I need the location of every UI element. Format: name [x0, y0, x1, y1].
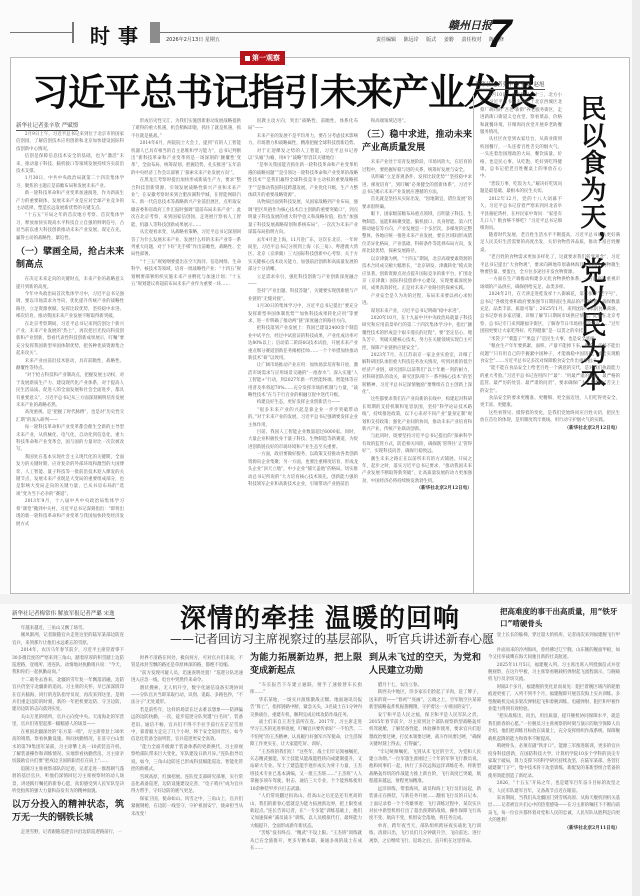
paragraph: 从物质层面到科技发展，从国家战略到产业布局，强调“把区块链作为核心技术自主创新的…	[248, 199, 358, 236]
page-edge	[632, 0, 640, 896]
paragraph: 1月30日，中共中央政治局就第二十四次集体学习，聚焦的主题正是前瞻布局和发展未来…	[16, 175, 124, 190]
paragraph: 眼下，国家级前瞻布局重点领域，点明量子科技、生物制造、氢能和核聚变能、脑机接口、…	[362, 211, 472, 255]
paragraph: 对于正迎爆发之势的人工智能，习近平总书记曾以“头雁”为喻，用4个“战略”形容其关…	[248, 148, 358, 163]
paragraph: “对于抢占科技和产业制高点，把握发展主动权，对于发展新质生产力、建设现代化产业体…	[16, 372, 124, 409]
paragraph: 腊月十七，农历立春。	[369, 682, 481, 689]
bottom-column-2: 时界不清路在何处，极向何方，可对官兵们来说，不管是冰封雪飘的路还是草原林深的路，…	[131, 655, 243, 890]
paragraph: 时隔3个多月，福建舰的变化显而易见：阻拦着舰区域内的轮胎痕迹更密了，入列不到半个…	[488, 684, 620, 714]
paragraph: 1月30日的集体学习中，习近平总书记提出“要充分发挥新型举国体制优势”“加快科技…	[248, 303, 358, 325]
paragraph: 扑面而来的冷冽海风，曾经拂过辽宁舰、山东舰的舰面甲板，如今又托举战鹰在海天间驰目…	[488, 647, 620, 662]
top-column-3: 因教主攻方向，突出“战略性、前瞻性、体系化布局”—— 未来产业的发展不是平均用力…	[248, 118, 358, 588]
paragraph: 在祖国北疆深处的“东方第一哨”，习主席曾登上30米高的哨塔，察看执勤设施。询问执…	[12, 729, 124, 766]
bottom-subheadline: ——记者回访习主席视察过的基层部队，听官兵讲述新春心愿	[170, 630, 494, 647]
proofread-label: 责任校对	[461, 37, 481, 43]
paragraph: 潮生未来之路正在以前所未有的方式铺展。开局之年，起步之时，落实习近平总书记要求，…	[362, 456, 472, 486]
paragraph: 2024年2月，在天津走进桂发祥十八街麻花，第仁张等“老字号”，总书记“各级党委…	[480, 291, 620, 335]
paragraph: 让广阔市场推动产业应用：加快场景培育和开放，激活市场需求与应用场景交融的“一池春…	[248, 362, 358, 399]
paragraph: 以京津冀为例，“十四五”期间，北京高端要素资源的技术合同成交额大幅增长，“北京研…	[362, 256, 472, 293]
dateline: （新华社北京2月11日电）	[488, 825, 620, 832]
paragraph: 一方面在生产端推动构建多元化食物供给体系，一方面高度重视市场端的产品供应，确保供…	[480, 276, 620, 291]
paragraph: 2月10日，农历腊月二十三，北方小年。习近平总书记来到位于北京西城区北蔡厂胡同的…	[480, 92, 562, 136]
paragraph: 每一轮科技革命和产业变革都会催生全新的主导型未来产业，从机械化、电气化、自动化到…	[16, 424, 124, 454]
paragraph: “把实战练出，问出，用出质量，提升舰机协同保障水平，就是我们新春的心愿。”一位舰…	[488, 713, 620, 743]
paragraph: 未来产业的发展不是平均用力，要在分考虑技术影响力、市场潜力和战略属性，精准把握全…	[248, 133, 358, 148]
paragraph: 与此同时，既要坚持习近平总书记提出的“探索科学有效的监管方式，防范相关风险，确保…	[362, 433, 472, 455]
side-byline: 新华社记者张辛欣 张研 赵旭	[475, 80, 545, 90]
paragraph: 2020年10月，在十九届中共中央政治局就量子科技研究和应用前景举行的第二十四次…	[362, 315, 472, 352]
paragraph: 信创是保障信息技术安全的基础，也为“激活”未来，推动量子科技、脑机接口等领域发展…	[16, 153, 124, 175]
paragraph: 食品安全的要求更精准、更精细、更全面迈进，人们吃得更安全、更丰富、更健康。	[480, 395, 620, 410]
paragraph: 从宏观看求变，从战略看策略，习近平总书记深刻回答了为什么发展未来产业、发展什么样…	[131, 229, 241, 259]
paragraph: 高度重视，是“把握了时代脉搏”，也是对“历史性交汇期”的深入研判——	[16, 409, 124, 424]
section-subheading: 以万分投入的精神状态，筑万无一失的钢铁长城	[12, 799, 124, 825]
paragraph: 啃硬骨头，必须有副“铁牙口”。能源三军推进联训，更多的官兵投身科技创新，在国防科…	[488, 743, 620, 780]
paragraph: 2014年，农历马年春节前夕，习近平主席冒着零下30多摄氏度的严寒来到三角山，踏…	[12, 647, 124, 677]
paragraph: 今年中央政治局首次集体学习中，习近平总书记强调，要以市场需求为导向，优化提升传统…	[16, 291, 124, 321]
section-subheading: （一）擘画全局，抢占未来制高点	[16, 246, 124, 272]
top-byline: 新华社记者张辛欣 严赋憬	[16, 121, 78, 131]
kicker-badge: 第一观察	[240, 51, 285, 65]
paragraph: 采访期间，当我们从北疆国门到雪域高原、从海天舰机到机关基层……记者被官兵们心中的…	[488, 795, 620, 825]
paragraph: 2023年7月，在江苏南京一家企业实验室，详细了解科研团队承担重大科技任务攻关情…	[362, 352, 472, 396]
paragraph: 年越来越近，三角山又飘了场雪。	[12, 625, 124, 632]
paragraph: 2025年11月5日，福建舰入列。习主席出席入列授旗仪式并登舰视察，在这片甲板，…	[488, 662, 620, 684]
paragraph: 保家卫国，使命如山。风雪之中，三角山上，官兵们紧握钢枪，在边防一线坚守，守护祖国…	[131, 796, 243, 818]
paragraph: 关山万里的哨所，官兵心向党中央。天南海北的军营里，官兵们寄望起那一幅幅感人的场景…	[12, 714, 124, 729]
paragraph: “牢记统帅嘱托，飞到从未飞过的空天，为党和人民建立功勋。”一位军旅生涯刚过三十年…	[369, 749, 481, 786]
editor-credits: 责任编辑 陈远岸 版式 姜磐 责任校对 陈建修	[370, 36, 504, 43]
paragraph: 从社区食堂到农家灶台，从商业街到校园餐厅，一头连着百姓舌尖的烟火气，一头连着治国…	[480, 136, 562, 180]
paragraph: 产业安全是久为功的过程，布局未来要以初心求恒进。	[362, 293, 472, 308]
section-subheading: （三）稳中求进，推动未来产业高质量发展	[362, 129, 472, 155]
masthead-gray-block	[150, 22, 160, 43]
layout-name: 姜磐	[444, 37, 454, 43]
paragraph: 随着时代发展，老百姓生活水平不断提高，习近平总书记从更好满足人民美好生活需要的高…	[480, 232, 620, 254]
section-subheading: 为能力拓展新边界，把上限变成新起点	[250, 652, 362, 678]
paragraph: 潜伏搜索，无人机升空，数字化通信设备实现协同——分队官兵当即采取行动，识别、追踪…	[131, 685, 243, 707]
issue-date: 2026年2月13日 星期五	[166, 36, 220, 43]
paragraph: 新一轮科技革命和产业变革加速演进，作为新质生产力的重要载体，发展未来产业是应对全…	[16, 190, 124, 212]
paragraph: “很多未来产业的兴起是靠企业一步步突破带动的。”对于未来产业的发展，习近平总书记…	[248, 407, 358, 429]
paragraph: 形成历史性交汇，为我们实施创新驱动发展战略提供了难得的重大机遇，机会稍纵即逝，抓…	[131, 118, 241, 140]
column-divider	[473, 95, 474, 595]
paragraph: 陕西关中地区，洋多家长们捡起了羊肉，赶了牌子，送来的窝——“春鸡”“亮画”，云端…	[369, 689, 481, 711]
paragraph: “您饺万事，吃饭为大。”解决好吃饭问题是最基础、最根本的民生关切。	[480, 181, 562, 196]
paragraph: 一方面，政府要做好服务，以政策支持推动各类创新资源向企业集聚；另一方面，也要注重…	[248, 451, 358, 488]
top-column-4: 和高端领域迈进”。 （三）稳中求进，推动未来产业高质量发展 未来产业处于培育发展…	[362, 118, 472, 588]
masthead-rule	[10, 32, 72, 33]
paragraph: 远洋训练，带着海风，战员和海上飞行员们站起，新装备正在换装，与新任务开展……翻看…	[369, 786, 481, 823]
top-column-2: 形成历史性交汇，为我们实施创新驱动发展战略提供了难得的重大机遇，机会稍纵即逝，抓…	[131, 118, 241, 588]
paragraph: 在决定未来走向的关键时点，未来产业的战略意义提升到新的高度。	[16, 276, 124, 291]
bottom-column-1: 年越来越近，三角山又飘了场雪。 刚风渐冽，记者跟随官兵走进这里的陆军某部边防连官…	[12, 625, 124, 890]
page-number: 7	[486, 14, 512, 54]
paragraph: “粮食生产年年要抓紧，面积、产量不能掉下来，供给、市场不能出问题”“只有用自己的…	[480, 343, 620, 365]
layout-label: 版式	[426, 37, 436, 43]
paragraph: 单宵，跨年夜当天，部队组织跨昼夜实战化飞行训练，清晨日出，飞行员们几分钟就升空，…	[369, 823, 481, 845]
paragraph: 去年4月赴上海，11月赴广东，这次在北京，一年时间里，习近平总书记分别到上海（长…	[248, 237, 358, 274]
editor-name: 陈远岸	[404, 37, 419, 43]
paragraph: 追随习主席视察部队的足迹，记者走进一群群朝气蓬勃的基层官兵，听他们深情回忆习主席…	[12, 766, 124, 796]
top-headline[interactable]: 习近平总书记指引未来产业发展	[32, 74, 536, 111]
paragraph: 登上长长的舷梯，穿过超大的机库，记者再次来到福建舰飞行甲板。	[488, 632, 620, 647]
dateline: （新华社北京2月12日电）	[480, 425, 620, 432]
paragraph: 安宁和平是人民之福，保卫和平是人民军队之责。2015年春节前夕，习主席到这个部队…	[369, 712, 481, 749]
bottom-column-3: 为能力拓展新边界，把上限变成新起点 “车长报告下车建立通联，射手了速接替车长指挥…	[250, 648, 362, 883]
paragraph: 目前，我国人工智能企业数量超过6000家。同时，大量企业积极投身于量子科技、生物…	[248, 429, 358, 451]
paragraph: 雪域高原，红旗招展。连队党支部研究部署，实行常态化战备巡逻，边防设施建设完善，“…	[131, 774, 243, 796]
paragraph: 2026，“十五五”开局之年，也是建军百年奋斗目标的攻坚之年，人民军队建军百年，…	[488, 780, 620, 795]
paragraph: 在北京考察期间，习近平总书记来到信创这个新兴产业、未来产业发展的“热土”，再次把…	[16, 321, 124, 358]
paragraph: “是事关我国能否抓住新一轮科技革命和产业变革机遇的战略问题”“是引领这一轮科技革…	[248, 162, 358, 199]
paragraph: 这些都要求我们在产业向新的长线中，构建起对科研长周期的支持机制和宽容氛围，坚持“…	[362, 396, 472, 433]
paragraph: 刚风渐冽，记者跟随官兵走进这里的陆军某部边防连官兵，来到那片让他们永远难忘的雪原…	[12, 632, 124, 647]
section-subheading: 到从未飞过的空天，为党和人民建立功勋	[369, 652, 481, 678]
paragraph: “人们常说翻过扣高山，但高山之后还是还有更高的山，我们的新春心愿就是为能力拓展新…	[250, 793, 362, 830]
paragraph: 走进雪野，记者跟随巡逻官兵沿边防巡逻路前行，一	[12, 829, 124, 836]
paragraph: 从明确“立足客观条件，发挥比较优势”“坚持稳中求进，梯度培育”，到叮嘱“必须健全…	[362, 174, 472, 196]
paragraph: “老百姓的食物需求更加多样化了，这就要求我们转变观念”，习近平总书记提出“大食物…	[480, 254, 620, 276]
top-column-1: 2月9日上午，习近平总书记来到位于北京市的国家信创园，了解信创技术应用创新和北京…	[16, 131, 124, 561]
paragraph: 未来产业由前沿技术驱动，具有前瞻性、战略性、颠覆性等特点。	[16, 358, 124, 373]
paragraph: 首先就是坚持从实际出发，“因地制宜，错位发展”的要求很明确。	[362, 196, 472, 211]
masthead-rule	[160, 32, 482, 33]
paper-logo: 赣州日报	[448, 17, 492, 33]
paragraph: 2012年12月，党的十八大闭幕不久，习近平总书记冒着严寒来到河北省阜平县骆驼湾…	[480, 196, 562, 232]
paragraph: 谋划未来产业，习近平总书记明确“稳中求进”。	[362, 308, 472, 315]
paragraph: “车长报告下车建立通联，射手了速接替车长指挥……”	[250, 682, 362, 697]
paragraph: 立足需求牵引，强化科技创新与产业创新深度融合——	[248, 274, 358, 289]
paragraph: 构建良好生态，更好发挥企业创新活力——	[248, 399, 358, 406]
paragraph: 2月9日上午，习近平总书记来到位于北京市的国家信创园，了解信创技术应用创新和北京…	[16, 131, 124, 153]
bottom-byline: 新华社记者梅常伟 解放军报记者严璐 宋逸	[12, 609, 115, 619]
paragraph: 华东某地，一场实兵演练激战正酣。地面通讯员报告“阵亡”，指挥链路中断，紧急关头，…	[250, 697, 362, 719]
side-column-top: 2月10日，农历腊月二十三，北方小年。习近平总书记来到位于北京西城区北蔡厂胡同的…	[480, 92, 562, 232]
section-title: 时事	[90, 20, 146, 49]
bottom-right-section-title: 把高难度的事干出高质量，用“铁牙口”啃硬骨头	[500, 606, 624, 630]
paragraph: 在黑龙江考察时提出加快形成新质生产力，要求“整合科技创新资源，引领发展战略性新兴…	[131, 177, 241, 229]
paragraph: 2014年6月，两院院士大会上，提到“有的人工智能机器人已具有相当的自主思维和学…	[131, 140, 241, 177]
bottom-column-5: 登上长长的舷梯，穿过超大的机库，记者再次来到福建舰飞行甲板。 扑面而来的冷冽海风…	[488, 632, 620, 890]
paragraph: 把科技落到产业发展上：我国已建设2400余个制造业中试平台，经过中试验证的科技成…	[248, 325, 358, 362]
side-column-bottom: 随着时代发展，老百姓生活水平不断提高，习近平总书记从更好满足人民美好生活需要的高…	[480, 232, 620, 592]
paragraph: 2013年9月，十八届中共中央政治局集体学习将“课堂”搬到中关村，习近平总书记深…	[16, 498, 124, 528]
paragraph: 未来产业处于培育发展阶段，市场风险大，在培育的过程中，要把握好稳与进的关系，统筹…	[362, 159, 472, 174]
paragraph: “能力全面升级源于装备体系的更新换代，习主席视察给部队带来巨大变化，军队建设日新…	[131, 744, 243, 774]
paragraph: 因教主攻方向，突出“战略性、前瞻性、体系化布局”——	[248, 118, 358, 133]
dateline: （新华社北京2月12日电）	[362, 485, 472, 492]
paragraph: “王杰班的我们红！”这些年，战士们牢记领袖嘱托，矢志精武强能，军士技能从能战能胜…	[250, 749, 362, 793]
bottom-column-4: 到从未飞过的空天，为党和人民建立功勋 腊月十七，农历立春。 陕西关中地区，洋多家…	[369, 648, 481, 883]
paragraph: “十三五”规划纲要提出在空天海洋、信息网络、生命科学、核技术等领域，培育一批战略…	[131, 259, 241, 289]
masthead-tick	[72, 22, 74, 43]
paragraph: “前方发现可疑人员，迅速查明处置！”巡逻分队迅速进入应急一线，电台中突然传来命令…	[131, 670, 243, 685]
paragraph: 和高端领域迈进”。	[362, 118, 472, 125]
paragraph: 战士们来自王杰生前所在连。2017年，习主席走进学习王杰的先进事迹展，叮嘱官兵要…	[250, 719, 362, 749]
paragraph: 若是前些年，这样的场景在过去难以想象——防洒偏远的边防执勤，一次，徒步巡逻分队突…	[131, 707, 243, 744]
newspaper-page: 时事 2026年2月13日 星期五 赣州日报 责任编辑 陈远岸 版式 姜磐 责任…	[0, 0, 640, 896]
editor-label: 责任编辑	[376, 37, 396, 43]
paragraph: 坚持“产业出题、科技答题”，关键要实现创新链与产业链的“无缝对接”。	[248, 288, 358, 303]
paragraph: 这些看得见、摸得着的变化，是我们党始终同应百姓关切，把民生放在首位的体现，是用制…	[480, 410, 620, 425]
paragraph: “苦练”没有终点，“精武”不设上限。“王杰班”训练就从已在全旅推开，更多专精本职…	[250, 830, 362, 852]
paragraph: “米袋子”“菜篮子”“果盘子”是民生大事，也是安全底线。	[480, 336, 620, 343]
paragraph: “十五五”开局之年的首次地方考察、首次集体学习，释放加快实现高水平科技自立自强的…	[16, 212, 124, 242]
paragraph: “能不能在食品安全上给老百姓一个满意的交代，是对我们执政能力的重大考验。”习近平…	[480, 365, 620, 395]
paragraph: 我国处在基本实现社会主义现代化的关键期，全面发力的关键时期，应对复杂的外部环境和…	[16, 454, 124, 498]
paragraph: 时界不清路在何处，极向何方，可对官兵们来说，不管是冰封雪飘的路还是草原林深的路，…	[131, 655, 243, 670]
paragraph: 十二载冬去春来，北疆的雪年复一年飘落消融，边防官兵仍坚守北疆新的追问。习主席的关…	[12, 677, 124, 714]
